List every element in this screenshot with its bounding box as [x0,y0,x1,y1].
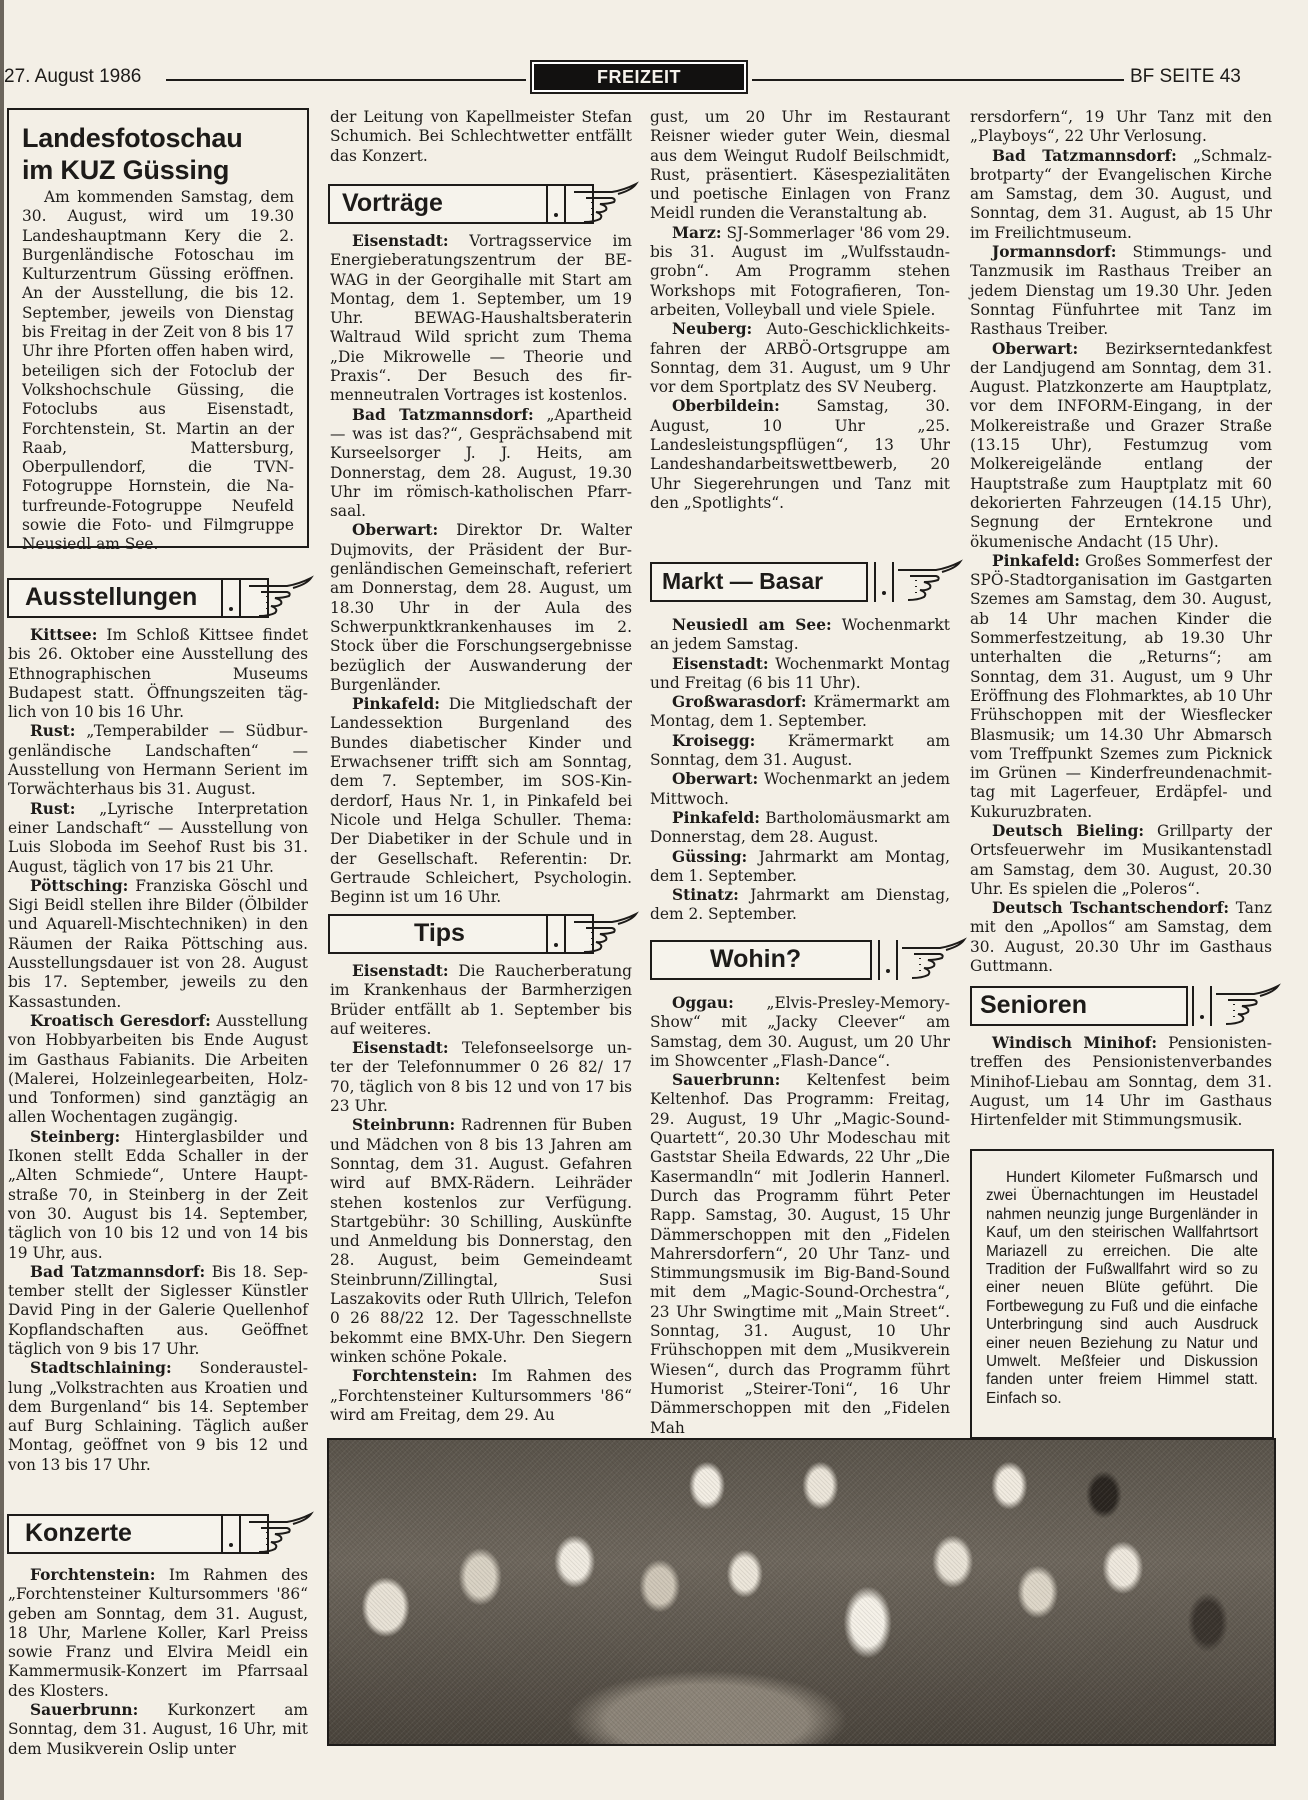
list-item: Deutsch Bieling: Grillparty der Ortsfeue… [970,822,1272,899]
continuation-text: rersdorfern“, 19 Uhr Tanz mit den „Playb… [970,108,1272,147]
section-title: Tips [414,916,465,950]
entry-text: Franziska Göschl und Sigi Beidl stellen … [8,877,308,1011]
entry-text: Vortragsservice im Energieberatungszentr… [330,232,632,404]
entry-text: Radrennen für Bu­ben und Mädchen von 8 b… [330,1116,632,1366]
place-name: Steinberg: [30,1128,120,1146]
place-name: Stinatz: [672,886,739,904]
place-name: Kroatisch Geresdorf: [30,1012,211,1030]
entry-text: Direktor Dr. Walter Dujmovits, der Präsi… [330,521,632,693]
place-name: Oggau: [672,994,734,1012]
section-marker-dot [878,940,898,980]
place-name: Pöttsching: [30,877,128,895]
list-item: Eisenstadt: Wochenmarkt Mon­tag und Frei… [650,655,950,694]
list-item: Windisch Minihof: Pensionisten­treffen d… [970,1034,1272,1130]
list-item: Pöttsching: Franziska Göschl und Sigi Be… [8,877,308,1012]
pointing-hand-icon [247,574,317,620]
place-name: Steinbrunn: [352,1116,455,1134]
issue-date: 27. August 1986 [4,66,141,88]
entry-text: Die Mitgliedschaft der Landessektion Bur… [330,695,632,906]
section-header-tips: Tips [328,914,636,954]
list-item: Pinkafeld: Die Mitgliedschaft der Landes… [330,695,632,907]
place-name: Bad Tatzmannsdorf: [992,147,1177,165]
list-item: Steinberg: Hinterglasbilder und Ikonen s… [8,1128,308,1263]
column-2-vortraege: Eisenstadt: Vortragsservice im Energiebe… [330,232,632,907]
entry-text: Großes Sommerfest der SPÖ-Stadtorganisat… [970,552,1272,821]
place-name: Rust: [30,722,75,740]
pointing-hand-icon [247,1510,317,1556]
place-name: Sauerbrunn: [672,1071,780,1089]
list-item: Oberwart: Bezirkserntedankfest der Landj… [970,340,1272,552]
pointing-hand-icon [1214,982,1284,1028]
section-marker-dot [221,578,241,618]
column-4-top: rersdorfern“, 19 Uhr Tanz mit den „Playb… [970,108,1272,976]
section-title: Ausstellungen [25,580,197,614]
pointing-hand-icon [896,558,966,604]
list-item: Oggau: „Elvis-Presley-Memory-Show“ mit „… [650,994,950,1071]
list-item: Kittsee: Im Schloß Kittsee findet bis 26… [8,626,308,722]
list-item: Jormannsdorf: Stimmungs- und Tanzmusik i… [970,243,1272,339]
section-header-wohin: Wohin? [650,940,956,980]
list-item: Stadtschlaining: Sonderaustel­lung „Volk… [8,1359,308,1475]
place-name: Eisenstadt: [352,962,449,980]
list-item: Großwarasdorf: Krämermarkt am Montag, de… [650,693,950,732]
pointing-hand-icon [572,910,642,956]
pointing-hand-icon [900,936,970,982]
place-name: Oberwart: [992,340,1078,358]
entry-text: Im Rahmen des „Forchtensteiner Kultursom… [8,1566,308,1700]
section-marker-dot [546,184,566,224]
place-name: Oberwart: [672,770,758,788]
list-item: Forchtenstein: Im Rahmen des „Forchtenst… [330,1367,632,1425]
page-edge [0,0,4,1800]
place-name: Deutsch Tschantschendorf: [992,899,1229,917]
page-number: BF SEITE 43 [1130,66,1241,88]
place-name: Forchtenstein: [30,1566,155,1584]
feature-title-line: Landesfotoschau [22,122,294,154]
group-photo [327,1438,1276,1746]
list-item: Steinbrunn: Radrennen für Bu­ben und Mäd… [330,1116,632,1367]
section-title: Markt — Basar [662,564,823,598]
list-item: Güssing: Jahrmarkt am Montag, dem 1. Sep… [650,848,950,887]
column-2-top: der Leitung von Kapellmeister Ste­fan Sc… [330,108,632,166]
place-name: Stadtschlaining: [30,1359,172,1377]
place-name: Sauerbrunn: [30,1701,138,1719]
entry-text: Hinterglasbilder und Ikonen stellt Edda … [8,1128,308,1262]
section-header-ausstellungen: Ausstellungen [7,578,315,618]
list-item: Oberwart: Wochenmarkt an je­dem Mittwoch… [650,770,950,809]
column-2-tips: Eisenstadt: Die Raucherberatung im Krank… [330,962,632,1425]
list-item: Sauerbrunn: Kurkonzert am Sonntag, dem 3… [8,1701,308,1759]
section-marker-dot [221,1514,241,1554]
place-name: Pinkafeld: [672,809,760,827]
list-item: Neusiedl am See: Wochenmarkt an jedem Sa… [650,616,950,655]
list-item: Eisenstadt: Die Raucherberatung im Krank… [330,962,632,1039]
continuation-text: der Leitung von Kapellmeister Ste­fan Sc… [330,108,632,166]
list-item: Bad Tatzmannsdorf: „Apartheid — was ist … [330,406,632,522]
section-marker-dot [874,562,894,602]
list-item: Neuberg: Auto-Geschicklichkeits­fahren d… [650,320,950,397]
section-header-konzerte: Konzerte [7,1514,315,1554]
list-item: Bad Tatzmannsdorf: Bis 18. Sep­tember st… [8,1263,308,1359]
place-name: Marz: [672,224,722,242]
place-name: Kittsee: [30,626,97,644]
newspaper-page: 27. August 1986 FREIZEIT BF SEITE 43 Lan… [0,0,1308,1800]
section-badge: FREIZEIT [530,60,748,94]
list-item: Oberbildein: Samstag, 30. August, 10 Uhr… [650,397,950,513]
column-3-markt: Neusiedl am See: Wochenmarkt an jedem Sa… [650,616,950,925]
column-3-top: gust, um 20 Uhr im Restaurant Reisner wi… [650,108,950,513]
place-name: Jormannsdorf: [992,243,1116,261]
list-item: Kroisegg: Krämermarkt am Sonntag, dem 31… [650,732,950,771]
list-item: Eisenstadt: Vortragsservice im Energiebe… [330,232,632,406]
photo-grain [329,1440,1274,1744]
list-item: Pinkafeld: Großes Sommerfest der SPÖ-Sta… [970,552,1272,822]
list-item: Eisenstadt: Telefonseelsorge un­ter der … [330,1039,632,1116]
column-4-senioren: Windisch Minihof: Pensionisten­treffen d… [970,1034,1272,1130]
feature-title: Landesfotoschau im KUZ Güssing [22,122,294,186]
feature-article-box: Landesfotoschau im KUZ Güssing Am kommen… [7,108,309,548]
column-1-ausstellungen: Kittsee: Im Schloß Kittsee findet bis 26… [8,626,308,1475]
place-name: Pinkafeld: [352,695,440,713]
section-title: Vorträge [342,186,443,220]
list-item: Oberwart: Direktor Dr. Walter Dujmovits,… [330,521,632,695]
header-rule [752,79,1124,81]
column-1-konzerte: Forchtenstein: Im Rahmen des „Forchtenst… [8,1566,308,1759]
place-name: Eisenstadt: [352,1039,449,1057]
list-item: Rust: „Lyrische Interpretation einer Lan… [8,800,308,877]
feature-body-wrap: Am kommenden Samstag, dem 30. August, wi… [22,188,294,555]
place-name: Großwarasdorf: [672,693,807,711]
list-item: Marz: SJ-Sommerlager '86 vom 29. bis 31.… [650,224,950,320]
section-marker-dot [1192,986,1212,1026]
continuation-text: gust, um 20 Uhr im Restaurant Reisner wi… [650,108,950,224]
section-title: Wohin? [710,942,801,976]
place-name: Güssing: [672,848,747,866]
page-header: 27. August 1986 FREIZEIT BF SEITE 43 [0,58,1308,98]
place-name: Bad Tatzmannsdorf: [352,406,534,424]
section-header-senioren: Senioren [970,986,1276,1026]
place-name: Rust: [30,800,75,818]
list-item: Kroatisch Geresdorf: Ausstellung von Hob… [8,1012,308,1128]
entry-text: Bezirkserntedankfest der Landjugend am S… [970,340,1272,551]
list-item: Sauerbrunn: Keltenfest beim Keltenhof. D… [650,1071,950,1438]
place-name: Deutsch Bieling: [992,822,1144,840]
section-marker-dot [546,914,566,954]
section-title: Konzerte [25,1516,132,1550]
section-header-vortraege: Vorträge [328,184,636,224]
place-name: Oberwart: [352,521,438,539]
feature-body: Am kommenden Samstag, dem 30. August, wi… [22,188,294,555]
column-3-wohin: Oggau: „Elvis-Presley-Memory-Show“ mit „… [650,994,950,1438]
section-badge-label: FREIZEIT [534,64,744,90]
place-name: Neuberg: [672,320,752,338]
place-name: Eisenstadt: [672,655,769,673]
feature-title-line: im KUZ Güssing [22,154,294,186]
header-rule [166,79,526,81]
place-name: Eisenstadt: [352,232,449,250]
place-name: Forchtenstein: [352,1367,477,1385]
list-item: Pinkafeld: Bartholomäusmarkt am Donnerst… [650,809,950,848]
place-name: Neusiedl am See: [672,616,832,634]
list-item: Stinatz: Jahrmarkt am Dienstag, dem 2. S… [650,886,950,925]
list-item: Rust: „Temperabilder — Südbur­genländisc… [8,722,308,799]
place-name: Windisch Minihof: [992,1034,1157,1052]
place-name: Pinkafeld: [992,552,1080,570]
photo-caption: Hundert Kilometer Fußmarsch und zwei Übe… [986,1169,1258,1408]
list-item: Bad Tatzmannsdorf: „Schmalz­brotparty“ d… [970,147,1272,243]
pointing-hand-icon [572,180,642,226]
photo-caption-box: Hundert Kilometer Fußmarsch und zwei Übe… [970,1149,1274,1439]
section-header-markt-basar: Markt — Basar [650,562,956,602]
place-name: Kroisegg: [672,732,755,750]
entry-text: Keltenfest beim Keltenhof. Das Programm:… [650,1071,950,1436]
list-item: Deutsch Tschantschendorf: Tanz mit den „… [970,899,1272,976]
place-name: Oberbildein: [672,397,780,415]
list-item: Forchtenstein: Im Rahmen des „Forchtenst… [8,1566,308,1701]
section-title: Senioren [980,988,1087,1022]
place-name: Bad Tatzmannsdorf: [30,1263,205,1281]
